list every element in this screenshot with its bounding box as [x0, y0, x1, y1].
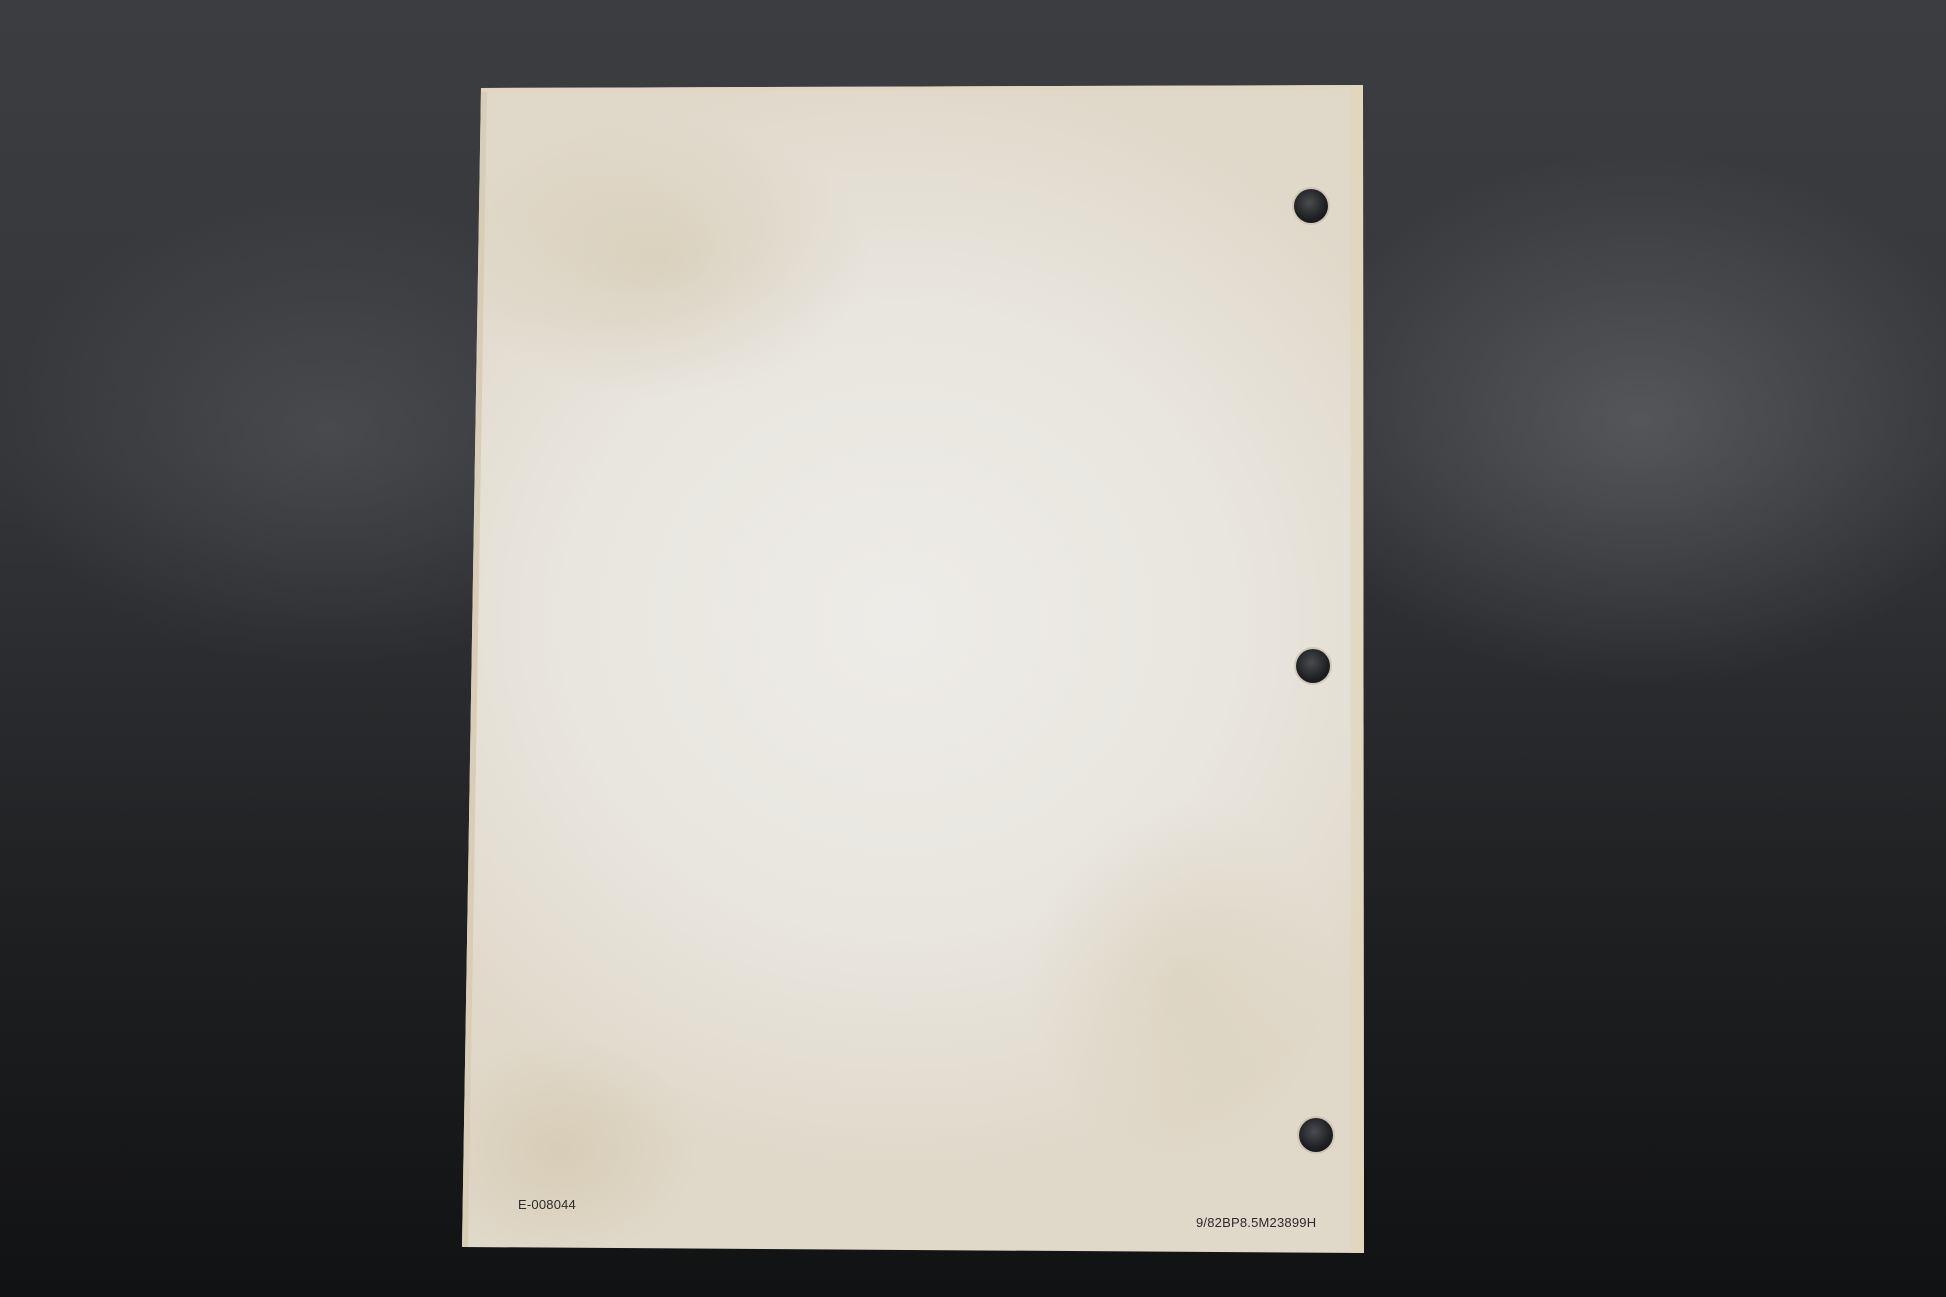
- bottom-punch-hole: [1299, 1118, 1333, 1152]
- middle-punch-hole: [1296, 649, 1330, 683]
- footer-right-code: 9/82BP8.5M23899H: [1196, 1215, 1316, 1230]
- footer-left-code: E-008044: [518, 1197, 576, 1212]
- top-punch-hole: [1294, 189, 1328, 223]
- booklet-back-cover: [0, 0, 1946, 1297]
